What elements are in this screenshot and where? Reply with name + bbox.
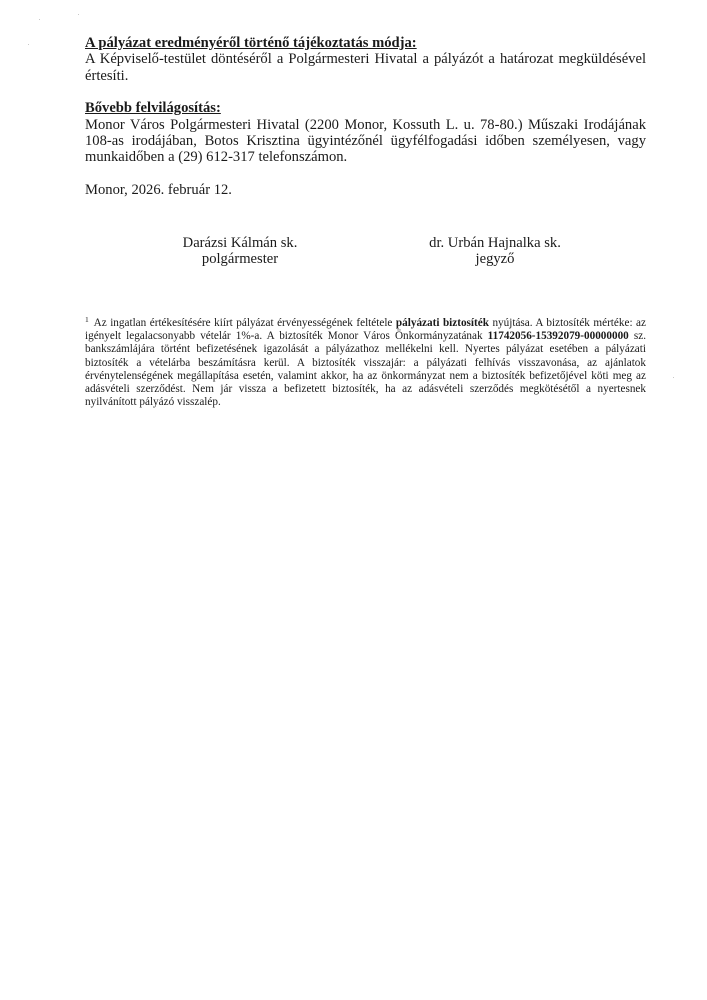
scan-speck — [78, 14, 79, 15]
date-line: Monor, 2026. február 12. — [85, 182, 646, 198]
signatory-title: polgármester — [135, 251, 345, 267]
document-body: A pályázat eredményéről történő tájékozt… — [85, 35, 646, 198]
scan-speck — [673, 377, 674, 378]
section-heading: Bővebb felvilágosítás: — [85, 100, 646, 116]
bank-account-number: 11742056-15392079-00000000 — [488, 330, 629, 342]
signature-notary: dr. Urbán Hajnalka sk. jegyző — [390, 235, 600, 268]
scan-speck — [39, 19, 40, 20]
footnote-marker: 1 — [85, 315, 89, 324]
signatory-title: jegyző — [390, 251, 600, 267]
section-paragraph: A Képviselő-testület döntéséről a Polgár… — [85, 51, 646, 84]
document-page: A pályázat eredményéről történő tájékozt… — [0, 0, 707, 1000]
footnote-bold-term: pályázati biztosíték — [396, 317, 489, 329]
section-paragraph: Monor Város Polgármesteri Hivatal (2200 … — [85, 117, 646, 166]
signatory-name: dr. Urbán Hajnalka sk. — [390, 235, 600, 251]
signatory-name: Darázsi Kálmán sk. — [135, 235, 345, 251]
footnote: 1 Az ingatlan értékesítésére kiírt pályá… — [85, 317, 646, 409]
footnote-text: Az ingatlan értékesítésére kiírt pályáza… — [91, 317, 396, 329]
section-further-info: Bővebb felvilágosítás: Monor Város Polgá… — [85, 100, 646, 166]
signature-mayor: Darázsi Kálmán sk. polgármester — [135, 235, 345, 268]
scan-speck — [28, 44, 29, 45]
section-heading: A pályázat eredményéről történő tájékozt… — [85, 35, 646, 51]
section-result-notification: A pályázat eredményéről történő tájékozt… — [85, 35, 646, 84]
signature-block: Darázsi Kálmán sk. polgármester dr. Urbá… — [85, 235, 646, 275]
